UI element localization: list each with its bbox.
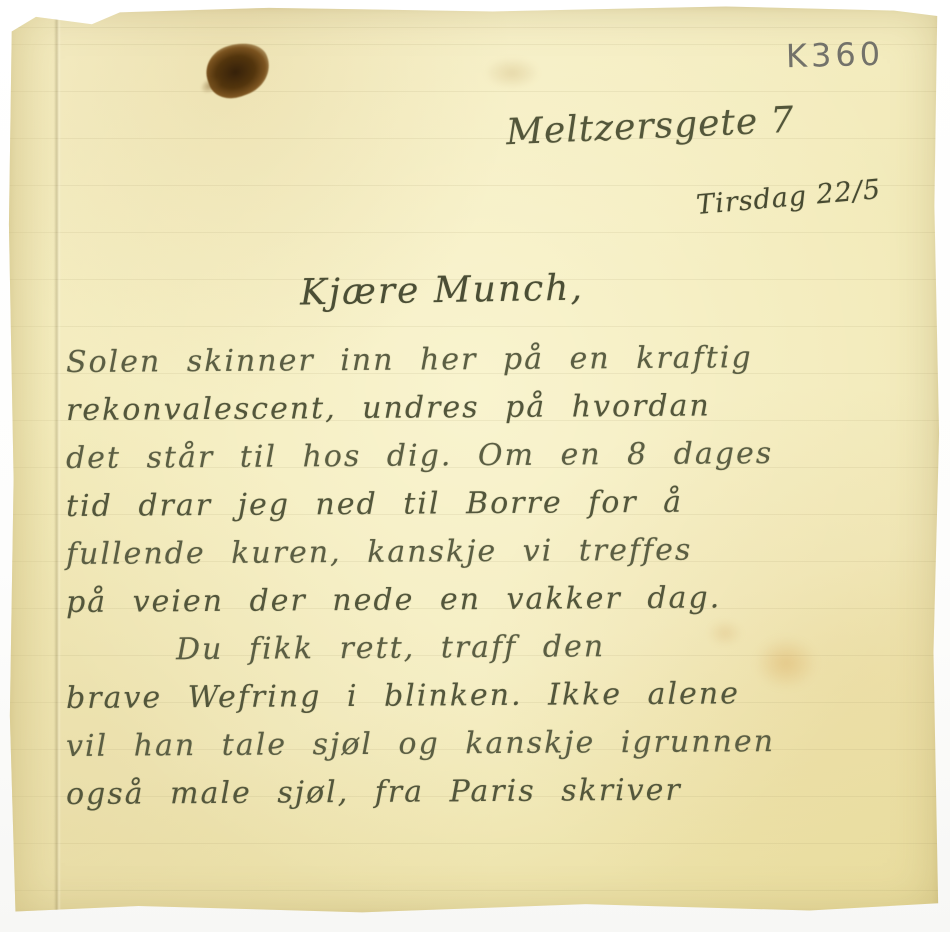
fold-crease	[54, 6, 61, 916]
body-line: brave Wefring i blinken. Ikke alene	[66, 669, 926, 723]
body-line: Du fikk rett, traff den	[66, 621, 926, 675]
body-line: fullende kuren, kanskje vi treffes	[66, 525, 926, 579]
body-line: tid drar jeg ned til Borre for å	[66, 477, 926, 531]
catalog-number: K360	[786, 35, 885, 76]
body-line: også male sjøl, fra Paris skriver	[66, 765, 926, 819]
body-line: rekonvalescent, undres på hvordan	[66, 381, 926, 435]
body-line: vil han tale sjøl og kanskje igrunnen	[66, 717, 926, 771]
letter-body: Solen skinner inn her på en kraftig reko…	[66, 336, 926, 816]
paper-left-edge	[8, 6, 56, 916]
body-line: på veien der nede en vakker dag.	[66, 573, 926, 627]
letter-paper: K360 Meltzersgete 7 Tirsdag 22/5 Kjære M…	[8, 6, 940, 916]
scanned-letter-background: K360 Meltzersgete 7 Tirsdag 22/5 Kjære M…	[0, 0, 950, 932]
paper-smudge-top	[486, 58, 538, 88]
body-line: Solen skinner inn her på en kraftig	[66, 333, 926, 387]
salutation: Kjære Munch,	[300, 268, 585, 314]
body-line: det står til hos dig. Om en 8 dages	[66, 429, 926, 483]
